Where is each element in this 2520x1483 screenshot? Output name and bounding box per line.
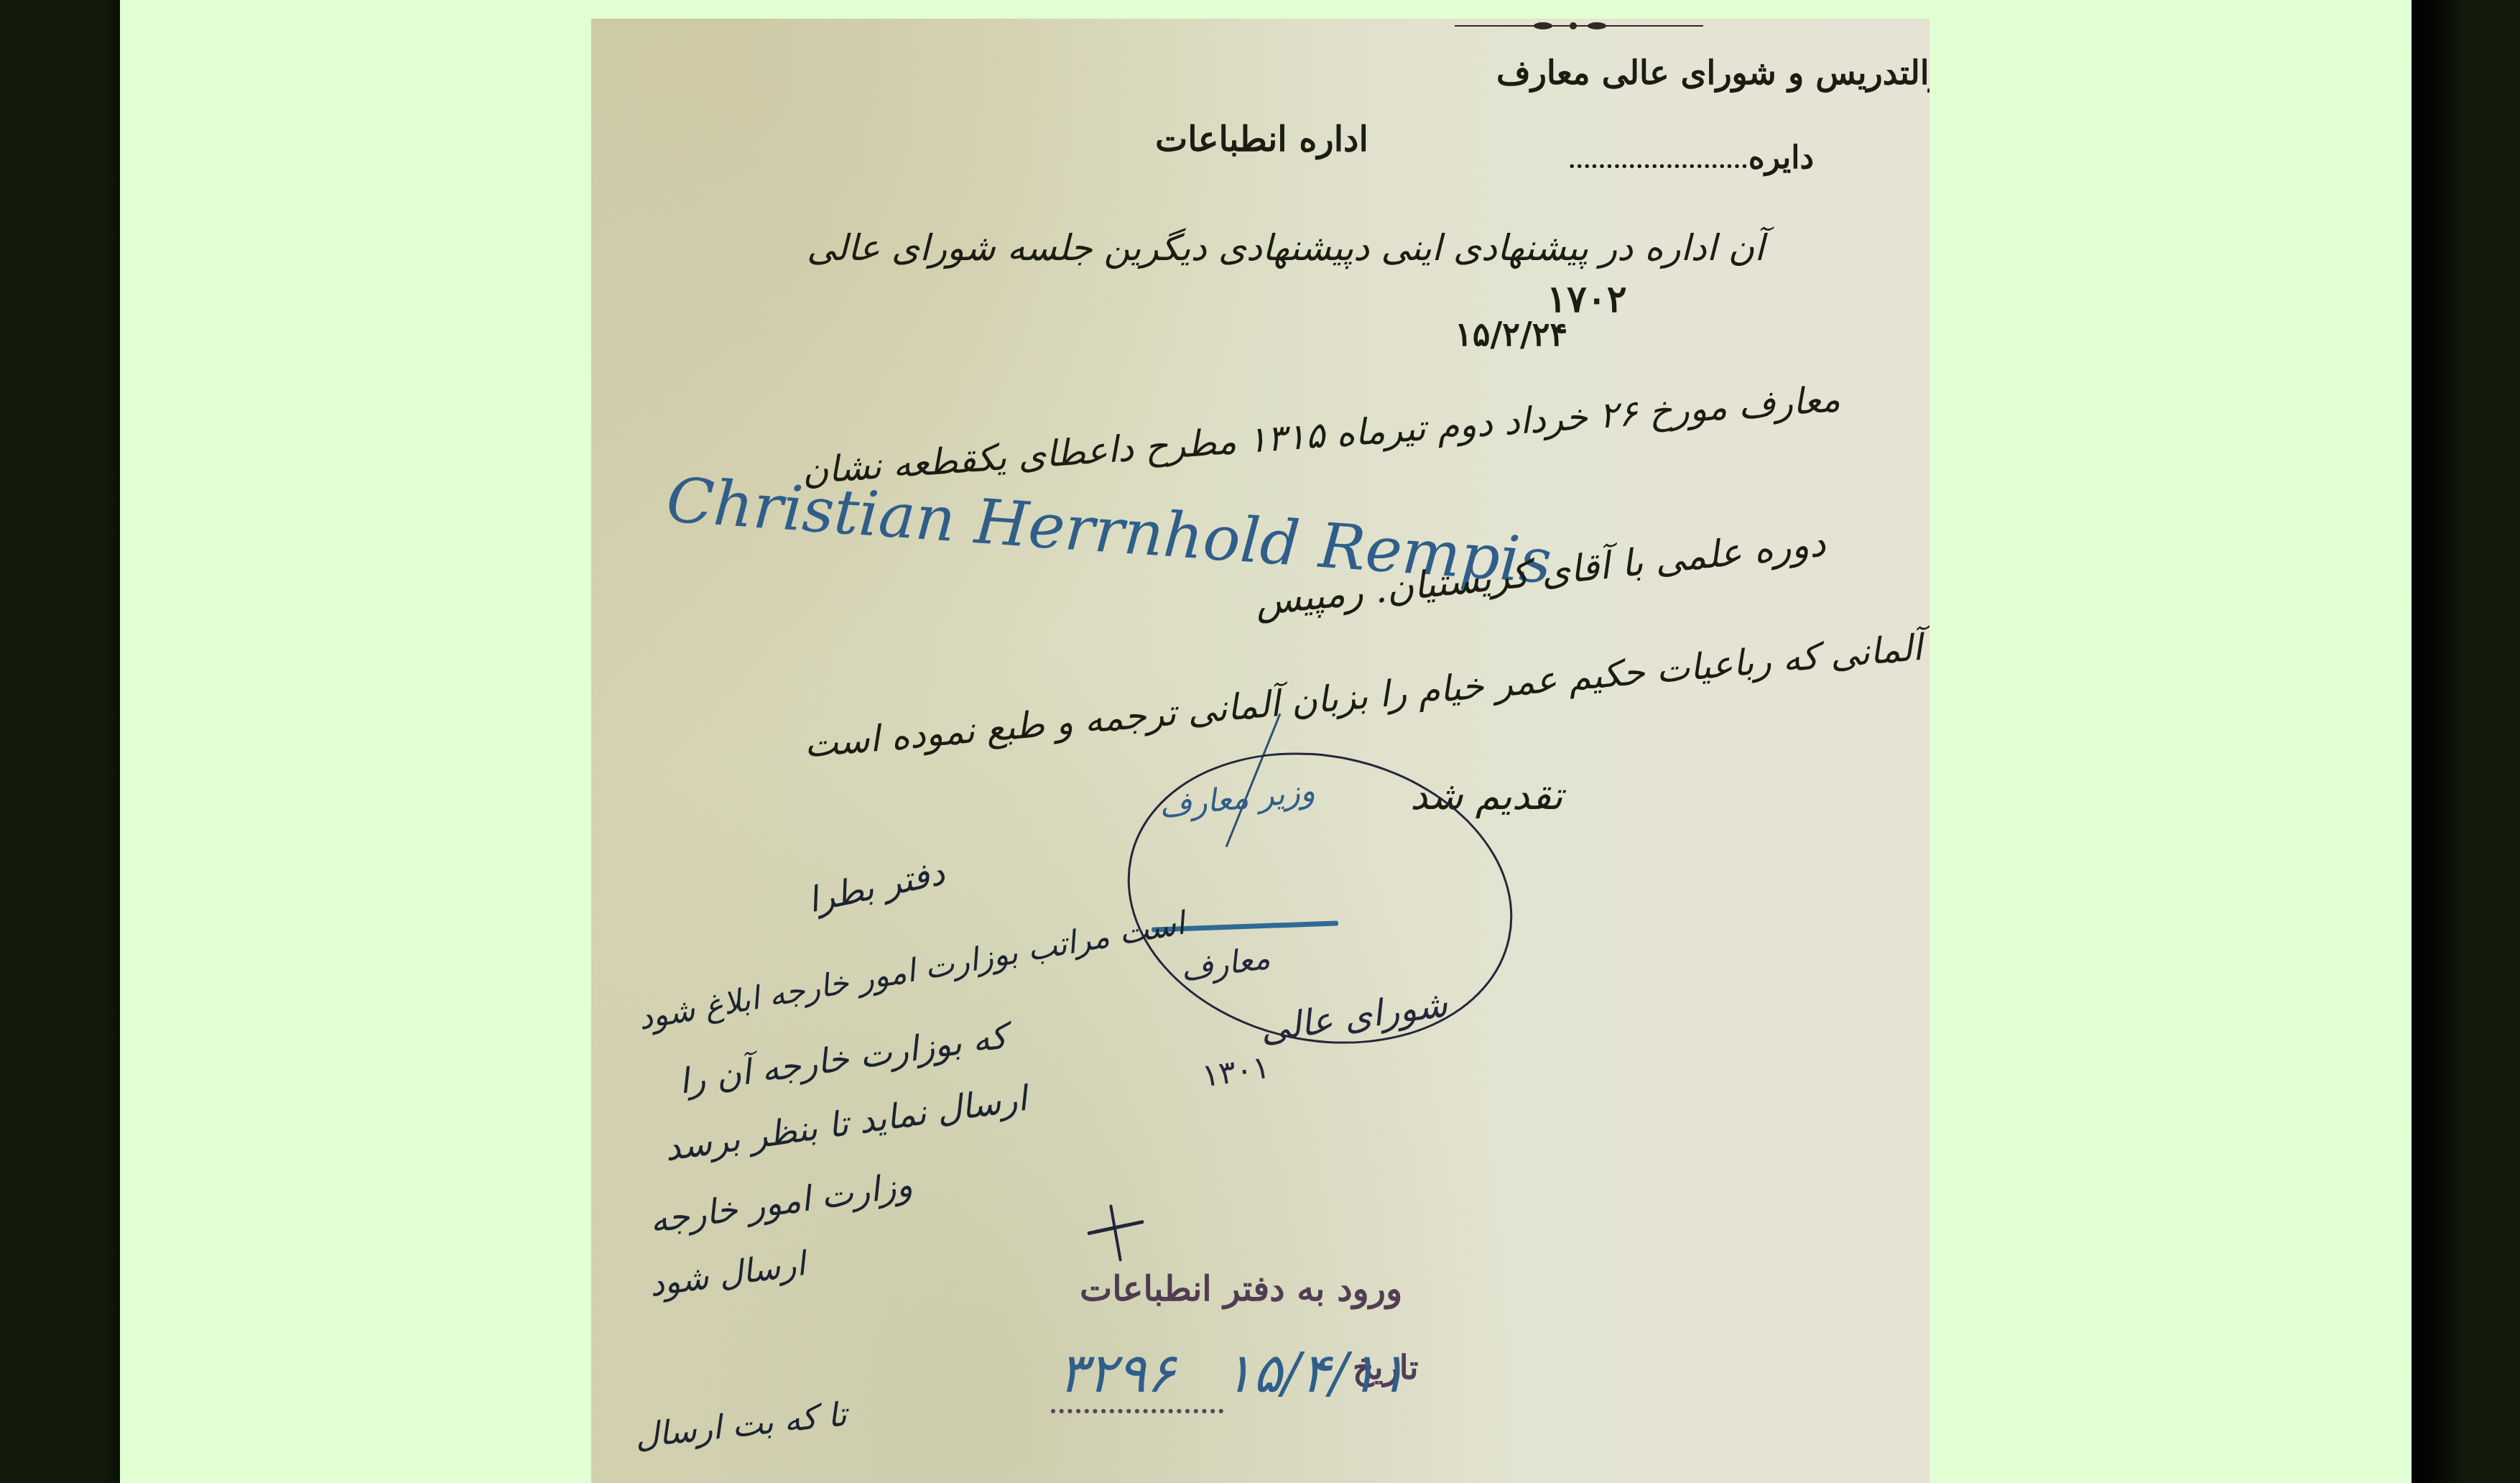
letterhead-ornamental-rule [1455,25,1703,27]
reference-date: ۱۵/۲/۲۴ [1455,315,1567,354]
rule-ornament [1570,22,1577,29]
body-line-4: دانشمند آلمانی که رباعیات حکیم عمر خیام … [802,615,1930,766]
rule-ornament [1588,22,1606,29]
margin-note-line: تا که بت ارسال [633,1395,848,1456]
margin-note-line: است مراتب بوزارت امور خارجه ابلاغ شود [635,905,1187,1037]
margin-note-line: وزارت امور خارجه [647,1165,915,1242]
cross-mark-icon [1087,1204,1144,1262]
body-line-1: آن اداره در پیشنهادی اینی دپیشنهادی دیگر… [807,227,1764,269]
stamp-dotted-line [1051,1409,1223,1413]
department-label: دایره [1748,139,1814,176]
seal-year: ۱۳۰۱ [1200,1049,1272,1095]
viewer-right-border [2412,0,2520,1483]
rule-ornament [1534,22,1552,29]
receipt-stamp-date: ۱۵/۴/۱۱ [1223,1341,1407,1405]
department-dots: ........................ [1568,149,1748,174]
receipt-stamp-number: ۳۲۹۶ [1058,1341,1175,1405]
letterhead-office: اداره دارالتدریس و شورای عالی معارف [1496,53,1930,92]
viewer-left-border [0,0,120,1483]
margin-note-line: ارسال شود [647,1244,807,1304]
body-line-2: معارف مورخ ۲۶ خرداد دوم تیرماه ۱۳۱۵ مطرح… [801,378,1842,492]
letterhead-department: دایره........................ [1568,139,1814,176]
receipt-stamp-label: ورود به دفتر انطباعات [1080,1269,1402,1309]
section-title: اداره انطباعات [1155,119,1368,160]
scanned-document: اداره دارالتدریس و شورای عالی معارف دایر… [591,19,1930,1483]
margin-note-heading: دفتر بطرا [804,853,948,921]
